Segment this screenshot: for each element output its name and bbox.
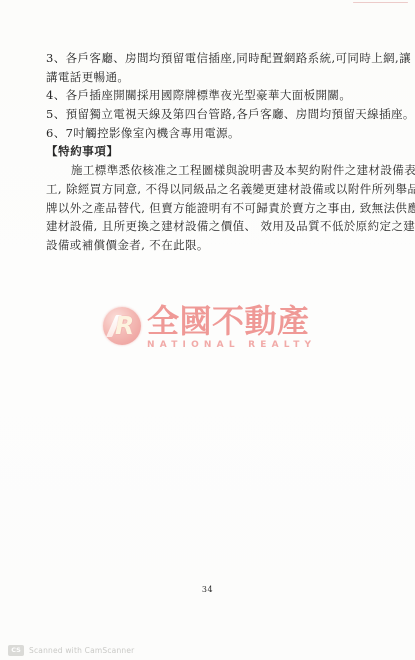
page-number: 34: [0, 585, 415, 594]
logo-r-letter: R: [115, 311, 134, 340]
document-line: 5、預留獨立電視天線及第四台管路,各戶客廳、房間均預留天線插座。: [46, 105, 381, 124]
document-line: 工, 除經買方同意, 不得以同級品之名義變更建材設備或以附件所列舉品: [46, 180, 381, 199]
document-line: 6、7吋觸控影像室內機含專用電源。: [46, 124, 381, 143]
camscanner-label: Scanned with CamScanner: [29, 646, 134, 655]
logo-text: 全國不動產 NATIONAL REALTY: [147, 303, 316, 350]
document-line: 4、各戶插座開關採用國際牌標準夜光型豪華大面板開關。: [46, 86, 381, 105]
logo-chinese-name: 全國不動產: [147, 303, 316, 339]
scanned-document-page: 3、各戶客廳、房間均預留電信插座,同時配置網路系統,可同時上網,讓講電話更暢通。…: [0, 0, 415, 660]
document-line: 施工標準悉依核准之工程圖樣與說明書及本契約附件之建材設備表施: [46, 161, 381, 180]
document-line: 講電話更暢通。: [46, 68, 381, 87]
realty-logo-icon: R: [103, 307, 141, 345]
scan-artifact-line: [353, 2, 408, 3]
document-line: 牌以外之產品替代, 但賣方能證明有不可歸責於賣方之事由, 致無法供應原: [46, 199, 381, 218]
logo-english-name: NATIONAL REALTY: [147, 340, 316, 350]
section-heading: 【特約事項】: [46, 142, 381, 161]
camscanner-watermark: CS Scanned with CamScanner: [8, 644, 134, 656]
national-realty-watermark: R 全國不動產 NATIONAL REALTY: [103, 303, 318, 355]
document-line: 設備或補償價金者, 不在此限。: [46, 236, 381, 255]
camscanner-icon: CS: [8, 645, 24, 656]
contract-text-block: 3、各戶客廳、房間均預留電信插座,同時配置網路系統,可同時上網,讓講電話更暢通。…: [46, 49, 381, 255]
document-line: 3、各戶客廳、房間均預留電信插座,同時配置網路系統,可同時上網,讓: [46, 49, 381, 68]
document-line: 建材設備, 且所更換之建材設備之價值、 效用及品質不低於原約定之建材: [46, 217, 381, 236]
